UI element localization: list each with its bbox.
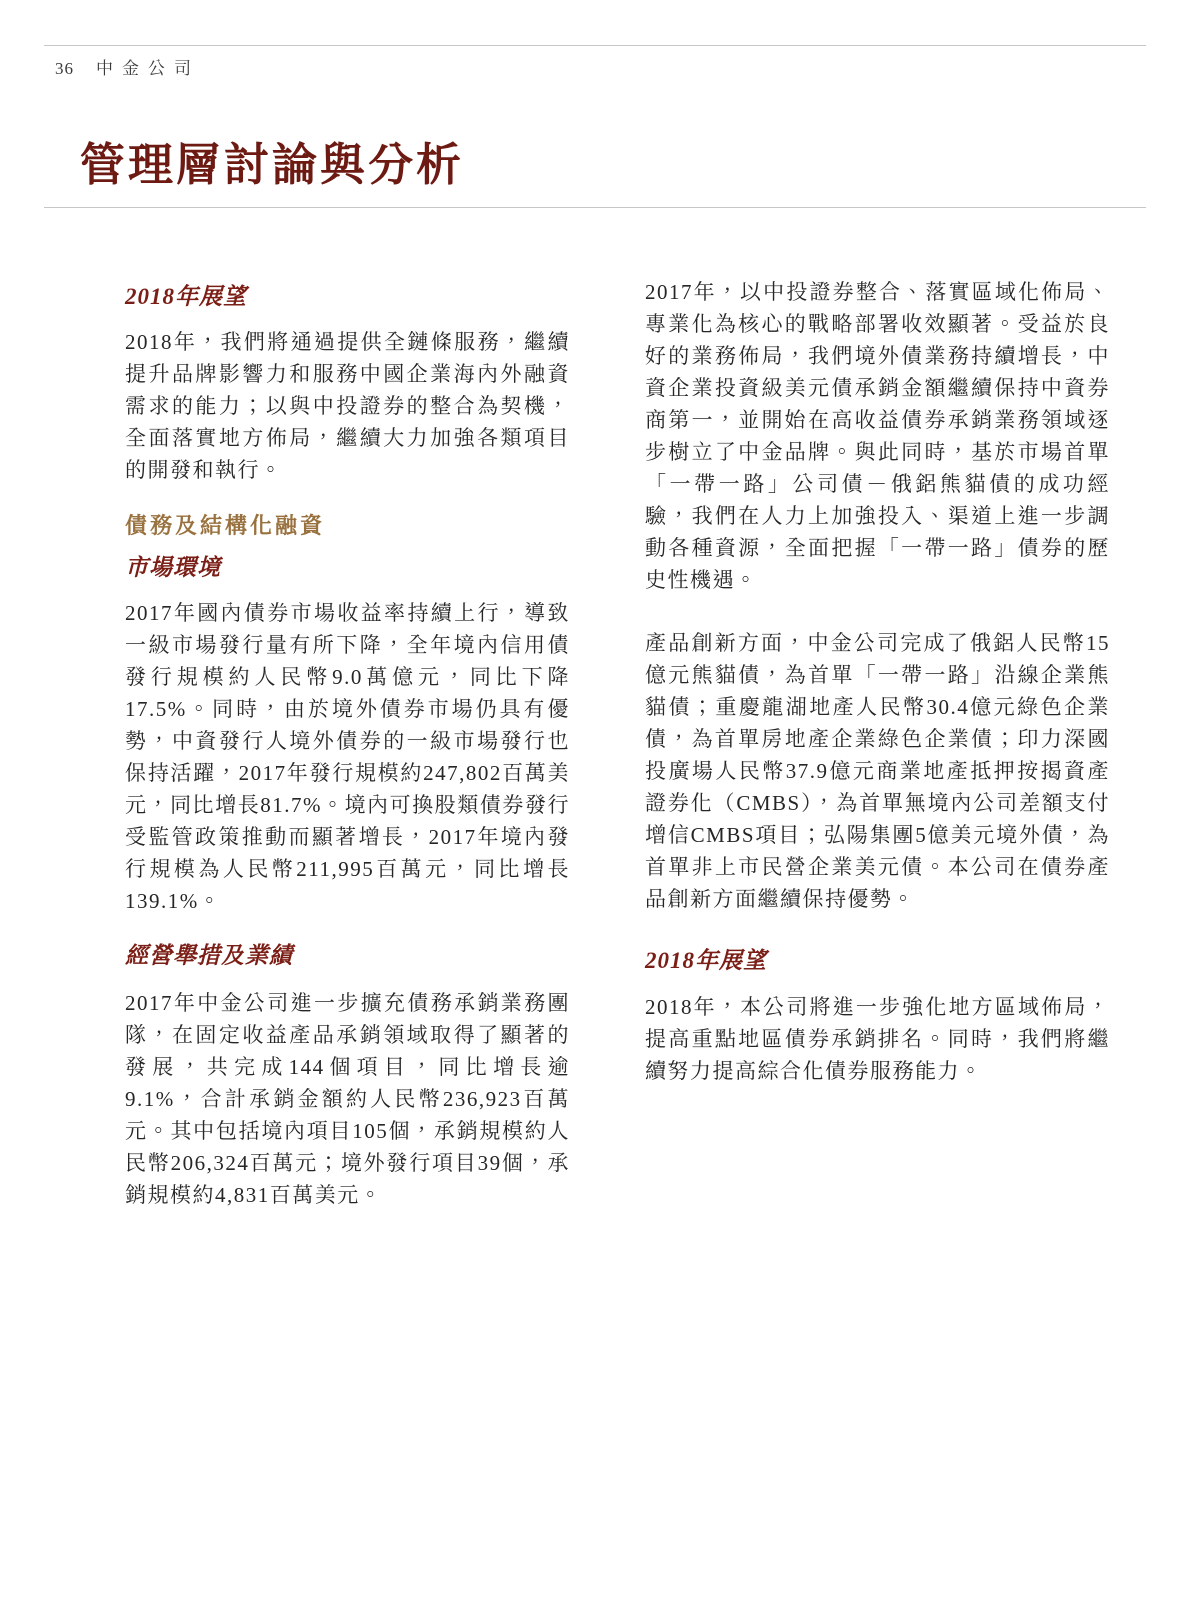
operations-results-paragraph: 2017年中金公司進一步擴充債務承銷業務團隊，在固定收益產品承銷領域取得了顯著的…: [125, 987, 570, 1211]
page-number: 36: [55, 59, 74, 79]
market-environment-heading: 市場環境: [125, 553, 570, 583]
right-outlook-2018-heading: 2018年展望: [645, 946, 1110, 976]
debt-structured-finance-heading: 債務及結構化融資: [125, 512, 570, 540]
strategy-paragraph: 2017年，以中投證券整合、落實區域化佈局、專業化為核心的戰略部署收效顯著。受益…: [645, 276, 1110, 596]
market-environment-paragraph: 2017年國內債券市場收益率持續上行，導致一級市場發行量有所下降，全年境內信用債…: [125, 597, 570, 917]
operations-results-heading: 經營舉措及業績: [125, 941, 570, 971]
title-divider: [44, 207, 1146, 208]
left-outlook-2018-heading: 2018年展望: [125, 282, 570, 312]
company-name: 中金公司: [96, 54, 200, 79]
product-innovation-paragraph: 產品創新方面，中金公司完成了俄鋁人民幣15億元熊貓債，為首單「一帶一路」沿線企業…: [645, 627, 1110, 915]
page-title: 管理層討論與分析: [80, 138, 464, 192]
page-header: 36 中金公司: [55, 54, 200, 79]
left-outlook-paragraph: 2018年，我們將通過提供全鏈條服務，繼續提升品牌影響力和服務中國企業海內外融資…: [125, 326, 570, 486]
right-outlook-paragraph: 2018年，本公司將進一步強化地方區域佈局，提高重點地區債券承銷排名。同時，我們…: [645, 991, 1110, 1087]
right-column: 2017年，以中投證券整合、落實區域化佈局、專業化為核心的戰略部署收效顯著。受益…: [645, 270, 1110, 1211]
two-column-body: 2018年展望 2018年，我們將通過提供全鏈條服務，繼續提升品牌影響力和服務中…: [125, 270, 1110, 1211]
left-column: 2018年展望 2018年，我們將通過提供全鏈條服務，繼續提升品牌影響力和服務中…: [125, 270, 570, 1211]
header-divider: [44, 45, 1146, 46]
report-page: { "header": { "page_number": "36", "comp…: [0, 0, 1190, 1615]
